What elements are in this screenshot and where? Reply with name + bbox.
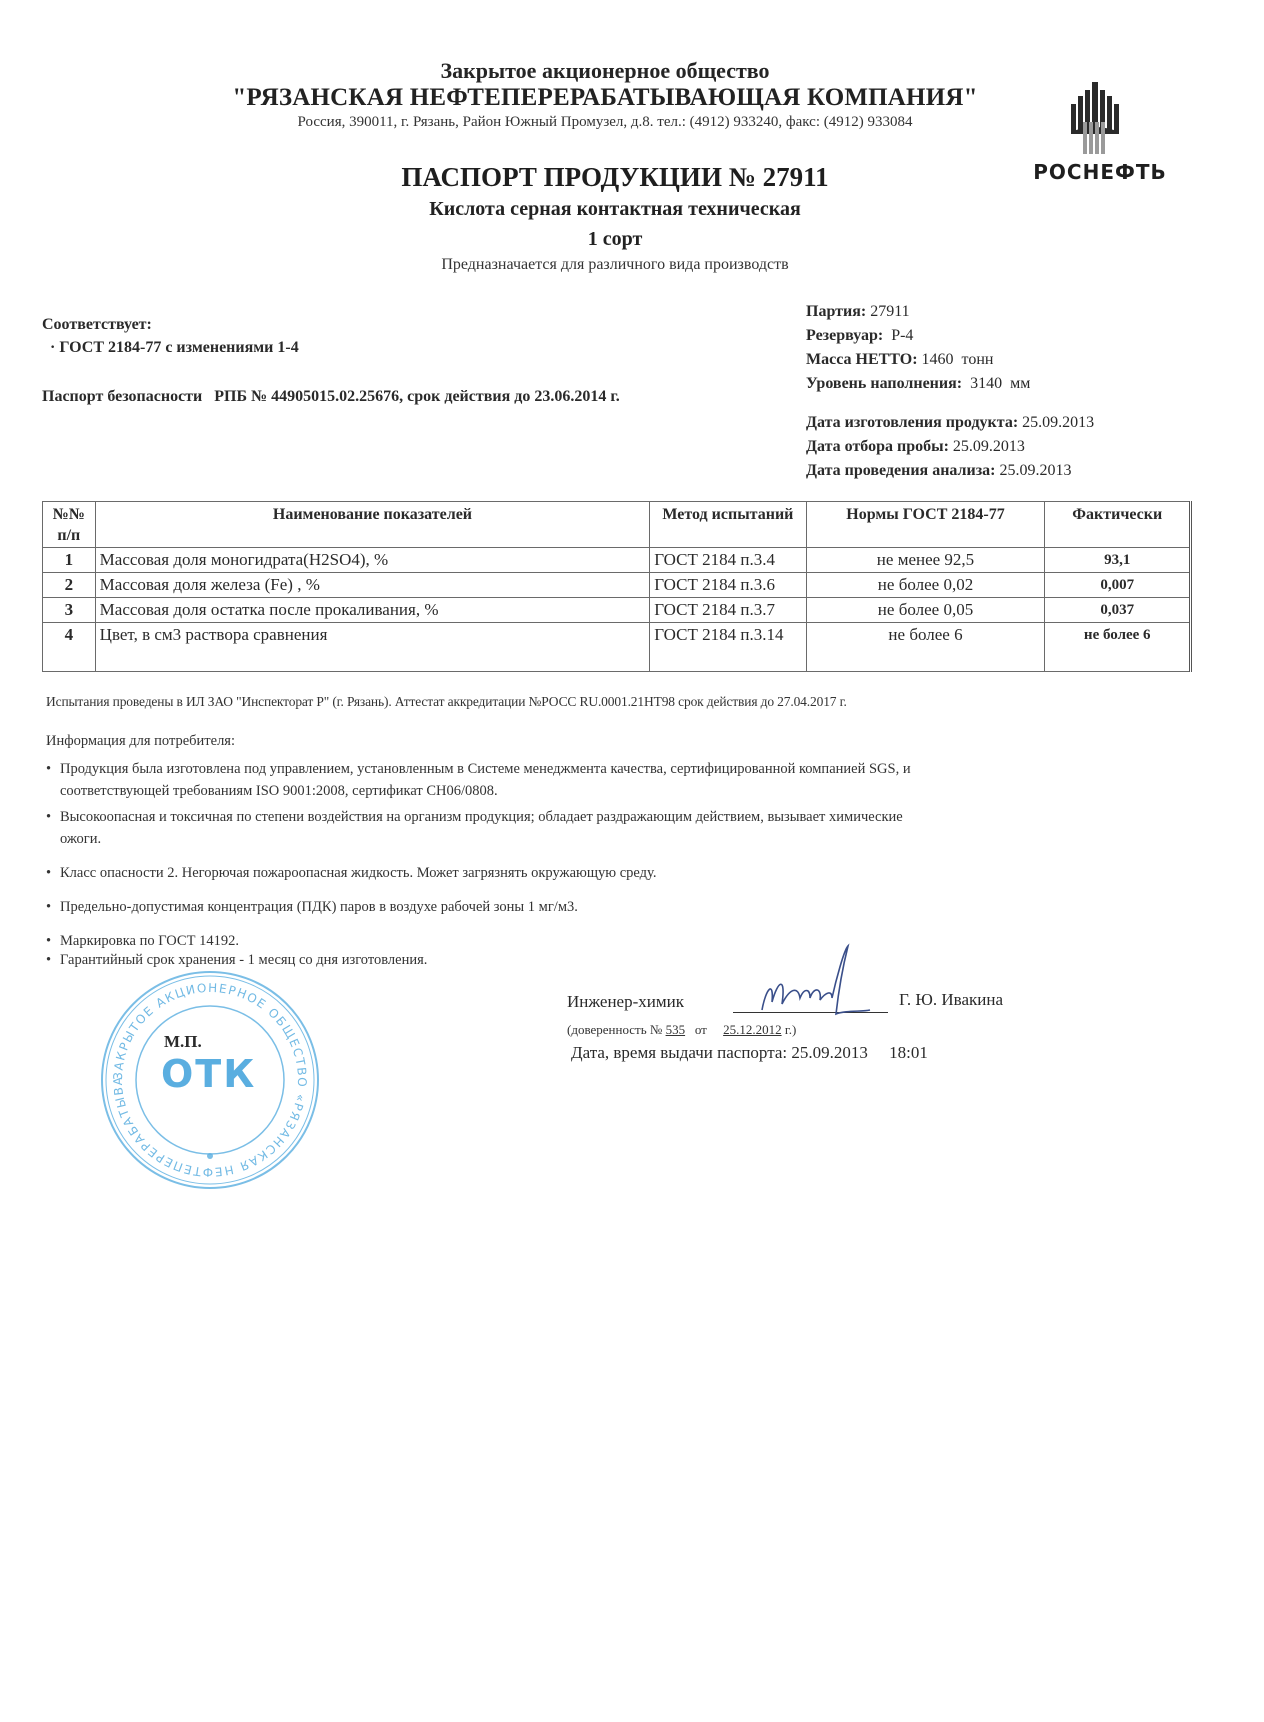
cell-actual: не более 6 — [1045, 623, 1191, 672]
safety-passport-value: РПБ № 44905015.02.25676, срок действия д… — [214, 388, 620, 405]
product-grade: 1 сорт — [0, 228, 1230, 251]
table-header-row: №№ п/п Наименование показателей Метод ис… — [43, 502, 1191, 548]
poa-suffix: г.) — [785, 1022, 796, 1037]
fill-level-unit: мм — [1010, 375, 1030, 392]
date-made-field: Дата изготовления продукта: 25.09.2013 — [806, 414, 1094, 432]
cell-method: ГОСТ 2184 п.3.6 — [650, 573, 806, 598]
cell-name: Массовая доля моногидрата(H2SO4), % — [95, 548, 650, 573]
date-sample-value: 25.09.2013 — [953, 438, 1025, 455]
batch-label: Партия: — [806, 303, 866, 320]
consumer-info-text-cont: соответствующей требованиям ISO 9001:200… — [46, 783, 498, 799]
table-row: 4 Цвет, в см3 раствора сравнения ГОСТ 21… — [43, 623, 1191, 672]
power-of-attorney: (доверенность № 535 от 25.12.2012 г.) — [567, 1022, 796, 1038]
consumer-info-item: •Предельно-допустимая концентрация (ПДК)… — [46, 896, 1166, 918]
header-actual: Фактически — [1045, 502, 1191, 548]
cell-name: Массовая доля остатка после прокаливания… — [95, 598, 650, 623]
date-analysis-field: Дата проведения анализа: 25.09.2013 — [806, 462, 1072, 480]
table-row: 1 Массовая доля моногидрата(H2SO4), % ГО… — [43, 548, 1191, 573]
safety-passport: Паспорт безопасностиРПБ № 44905015.02.25… — [42, 388, 620, 406]
consumer-info-label: Информация для потребителя: — [46, 733, 235, 750]
product-purpose: Предназначается для различного вида прои… — [0, 256, 1230, 274]
consumer-info-text: Продукция была изготовлена под управлени… — [60, 761, 911, 777]
issue-time: 18:01 — [889, 1043, 928, 1062]
lab-note: Испытания проведены в ИЛ ЗАО "Инспектора… — [46, 694, 847, 710]
consumer-info-text: Предельно-допустимая концентрация (ПДК) … — [60, 899, 578, 915]
table-row: 2 Массовая доля железа (Fe) , % ГОСТ 218… — [43, 573, 1191, 598]
cell-actual: 93,1 — [1045, 548, 1191, 573]
results-table: №№ п/п Наименование показателей Метод ис… — [42, 501, 1192, 672]
cell-no: 3 — [43, 598, 96, 623]
signer-role: Инженер-химик — [567, 992, 684, 1012]
tank-label: Резервуар: — [806, 327, 883, 344]
cell-method: ГОСТ 2184 п.3.4 — [650, 548, 806, 573]
signer-name: Г. Ю. Ивакина — [899, 990, 1003, 1010]
cell-norm: не менее 92,5 — [806, 548, 1045, 573]
fill-level-label: Уровень наполнения: — [806, 375, 962, 392]
date-made-label: Дата изготовления продукта: — [806, 414, 1018, 431]
batch-field: Партия: 27911 — [806, 303, 910, 321]
consumer-info-text-cont: ожоги. — [46, 831, 101, 847]
cell-actual: 0,007 — [1045, 573, 1191, 598]
consumer-info-item: •Класс опасности 2. Негорючая пожароопас… — [46, 862, 1166, 884]
tank-value: Р-4 — [891, 327, 913, 344]
cell-no: 4 — [43, 623, 96, 672]
cell-name: Цвет, в см3 раствора сравнения — [95, 623, 650, 672]
cell-actual: 0,037 — [1045, 598, 1191, 623]
handwritten-signature — [752, 940, 902, 1020]
header-norm: Нормы ГОСТ 2184-77 — [806, 502, 1045, 548]
complies-item: · ГОСТ 2184-77 с изменениями 1-4 — [50, 339, 299, 357]
consumer-info-text: Высокоопасная и токсичная по степени воз… — [60, 809, 903, 825]
header-method: Метод испытаний — [650, 502, 806, 548]
complies-item-text: ГОСТ 2184-77 с изменениями 1-4 — [59, 339, 298, 356]
cell-norm: не более 0,05 — [806, 598, 1045, 623]
net-mass-label: Масса НЕТТО: — [806, 351, 918, 368]
poa-prefix: (доверенность № — [567, 1022, 662, 1037]
date-analysis-label: Дата проведения анализа: — [806, 462, 996, 479]
tank-field: Резервуар: Р-4 — [806, 327, 913, 345]
cell-norm: не более 0,02 — [806, 573, 1045, 598]
date-analysis-value: 25.09.2013 — [1000, 462, 1072, 479]
cell-norm: не более 6 — [806, 623, 1045, 672]
fill-level-field: Уровень наполнения: 3140 мм — [806, 375, 1030, 393]
company-type: Закрытое акционерное общество — [0, 58, 1210, 84]
cell-method: ГОСТ 2184 п.3.14 — [650, 623, 806, 672]
issue-label: Дата, время выдачи паспорта: — [571, 1043, 787, 1062]
rosneft-logo-icon — [1067, 82, 1133, 158]
header-no: №№ п/п — [43, 502, 96, 548]
cell-no: 2 — [43, 573, 96, 598]
consumer-info-text: Класс опасности 2. Негорючая пожароопасн… — [60, 865, 656, 881]
consumer-info-item: •Продукция была изготовлена под управлен… — [46, 758, 1166, 802]
table-row: 3 Массовая доля остатка после прокаливан… — [43, 598, 1191, 623]
issue-datetime: Дата, время выдачи паспорта: 25.09.2013 … — [571, 1043, 928, 1063]
consumer-info-text: Маркировка по ГОСТ 14192. — [60, 933, 239, 949]
date-made-value: 25.09.2013 — [1022, 414, 1094, 431]
cell-method: ГОСТ 2184 п.3.7 — [650, 598, 806, 623]
stamp-otk-text: ОТК — [161, 1052, 256, 1096]
stamp-mp-label: М.П. — [164, 1032, 202, 1052]
date-sample-field: Дата отбора пробы: 25.09.2013 — [806, 438, 1025, 456]
batch-value: 27911 — [870, 303, 909, 320]
cell-no: 1 — [43, 548, 96, 573]
cell-name: Массовая доля железа (Fe) , % — [95, 573, 650, 598]
net-mass-value: 1460 — [922, 351, 954, 368]
poa-number: 535 — [666, 1022, 686, 1037]
passport-title: ПАСПОРТ ПРОДУКЦИИ № 27911 — [0, 162, 1230, 193]
issue-date: 25.09.2013 — [791, 1043, 868, 1062]
fill-level-value: 3140 — [970, 375, 1002, 392]
poa-from: от — [695, 1022, 707, 1037]
date-sample-label: Дата отбора пробы: — [806, 438, 949, 455]
net-mass-unit: тонн — [962, 351, 994, 368]
complies-label: Соответствует: — [42, 316, 152, 334]
product-name: Кислота серная контактная техническая — [0, 198, 1230, 221]
poa-date: 25.12.2012 — [723, 1022, 782, 1037]
safety-passport-label: Паспорт безопасности — [42, 388, 202, 405]
consumer-info-item: •Высокоопасная и токсичная по степени во… — [46, 806, 1166, 850]
net-mass-field: Масса НЕТТО: 1460 тонн — [806, 351, 993, 369]
header-name: Наименование показателей — [95, 502, 650, 548]
